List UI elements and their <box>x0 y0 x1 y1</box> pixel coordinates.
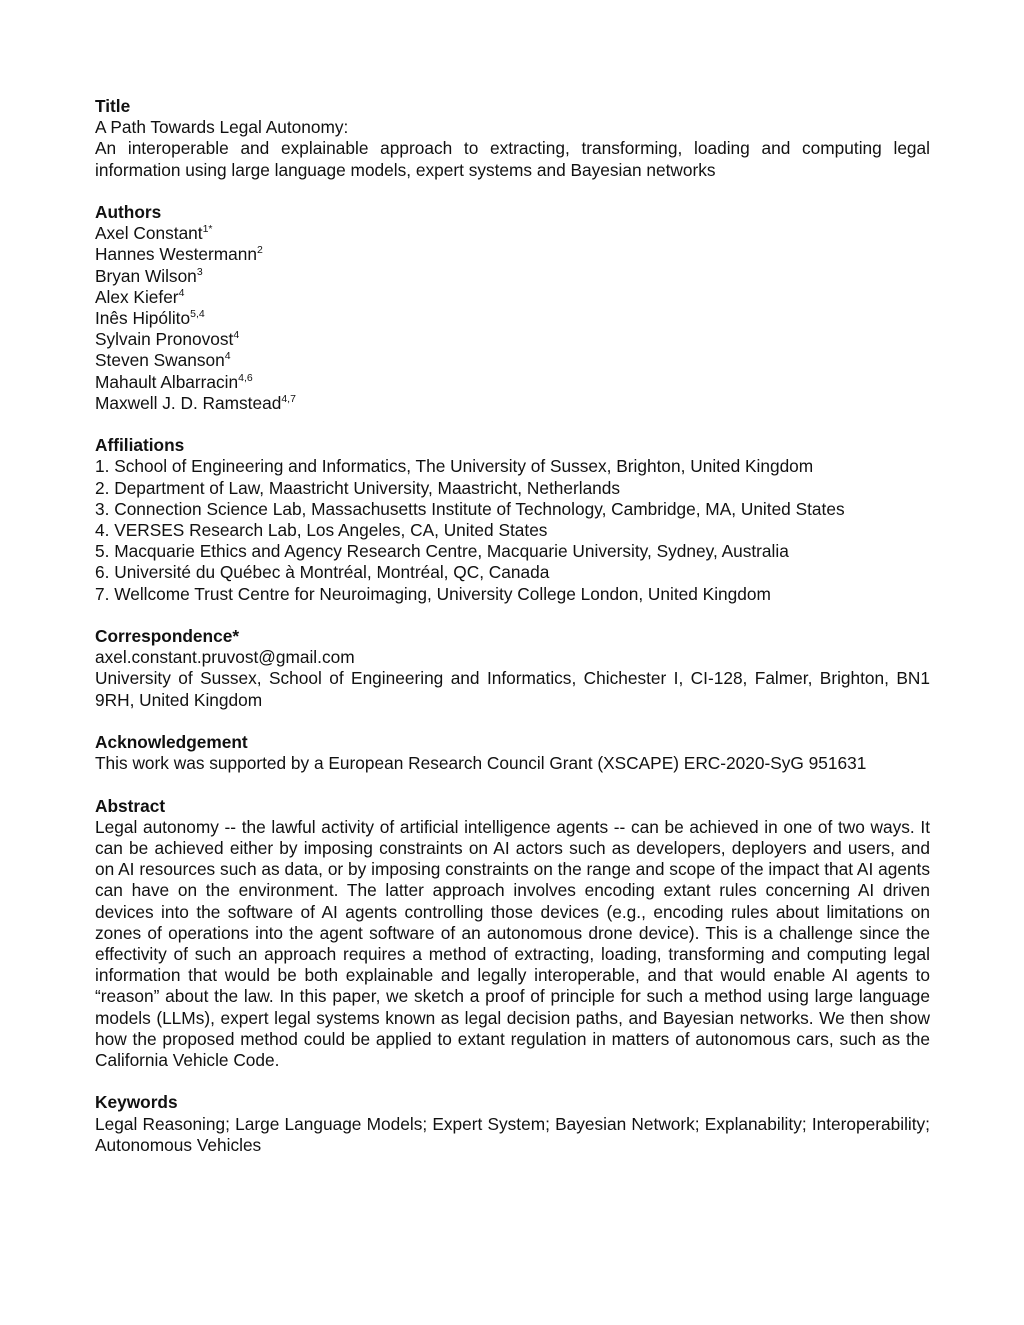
author-item: Mahault Albarracin4,6 <box>95 372 930 393</box>
author-affiliation-marker: 3 <box>197 266 203 278</box>
author-name: Inês Hipólito <box>95 308 190 328</box>
authors-list: Axel Constant1*Hannes Westermann2Bryan W… <box>95 223 930 414</box>
title-heading: Title <box>95 96 930 117</box>
author-name: Alex Kiefer <box>95 287 179 307</box>
author-item: Steven Swanson4 <box>95 350 930 371</box>
author-item: Inês Hipólito5,4 <box>95 308 930 329</box>
author-name: Axel Constant <box>95 223 203 243</box>
affiliation-item: 4. VERSES Research Lab, Los Angeles, CA,… <box>95 520 930 541</box>
correspondence-heading: Correspondence* <box>95 626 930 647</box>
affiliations-section: Affiliations 1. School of Engineering an… <box>95 435 930 605</box>
affiliations-heading: Affiliations <box>95 435 930 456</box>
author-affiliation-marker: 2 <box>257 244 263 256</box>
paper-title-page: Title A Path Towards Legal Autonomy: An … <box>95 96 930 1177</box>
author-name: Bryan Wilson <box>95 266 197 286</box>
author-item: Alex Kiefer4 <box>95 287 930 308</box>
affiliation-item: 5. Macquarie Ethics and Agency Research … <box>95 541 930 562</box>
correspondence-email[interactable]: axel.constant.pruvost@gmail.com <box>95 647 930 668</box>
abstract-heading: Abstract <box>95 796 930 817</box>
author-name: Steven Swanson <box>95 350 225 370</box>
author-name: Sylvain Pronovost <box>95 329 233 349</box>
affiliation-item: 7. Wellcome Trust Centre for Neuroimagin… <box>95 584 930 605</box>
author-affiliation-marker: 4 <box>225 350 231 362</box>
affiliation-item: 3. Connection Science Lab, Massachusetts… <box>95 499 930 520</box>
title-section: Title A Path Towards Legal Autonomy: An … <box>95 96 930 181</box>
author-item: Axel Constant1* <box>95 223 930 244</box>
authors-heading: Authors <box>95 202 930 223</box>
keywords-heading: Keywords <box>95 1092 930 1113</box>
acknowledgement-heading: Acknowledgement <box>95 732 930 753</box>
author-affiliation-marker: 4 <box>179 287 185 299</box>
paper-title: A Path Towards Legal Autonomy: <box>95 117 930 138</box>
author-item: Maxwell J. D. Ramstead4,7 <box>95 393 930 414</box>
affiliation-item: 6. Université du Québec à Montréal, Mont… <box>95 562 930 583</box>
keywords-section: Keywords Legal Reasoning; Large Language… <box>95 1092 930 1156</box>
paper-subtitle: An interoperable and explainable approac… <box>95 138 930 180</box>
acknowledgement-section: Acknowledgement This work was supported … <box>95 732 930 774</box>
author-affiliation-marker: 4,7 <box>281 393 296 405</box>
authors-section: Authors Axel Constant1*Hannes Westermann… <box>95 202 930 414</box>
author-item: Hannes Westermann2 <box>95 244 930 265</box>
affiliation-item: 1. School of Engineering and Informatics… <box>95 456 930 477</box>
acknowledgement-text: This work was supported by a European Re… <box>95 753 930 774</box>
affiliation-item: 2. Department of Law, Maastricht Univers… <box>95 478 930 499</box>
author-name: Hannes Westermann <box>95 244 257 264</box>
author-affiliation-marker: 4 <box>233 329 239 341</box>
abstract-section: Abstract Legal autonomy -- the lawful ac… <box>95 796 930 1072</box>
keywords-text: Legal Reasoning; Large Language Models; … <box>95 1114 930 1156</box>
affiliations-list: 1. School of Engineering and Informatics… <box>95 456 930 604</box>
author-affiliation-marker: 1* <box>203 223 213 235</box>
author-affiliation-marker: 4,6 <box>238 372 253 384</box>
author-name: Mahault Albarracin <box>95 372 238 392</box>
author-affiliation-marker: 5,4 <box>190 308 205 320</box>
author-item: Bryan Wilson3 <box>95 266 930 287</box>
correspondence-address: University of Sussex, School of Engineer… <box>95 668 930 710</box>
correspondence-section: Correspondence* axel.constant.pruvost@gm… <box>95 626 930 711</box>
abstract-text: Legal autonomy -- the lawful activity of… <box>95 817 930 1071</box>
author-name: Maxwell J. D. Ramstead <box>95 393 281 413</box>
author-item: Sylvain Pronovost4 <box>95 329 930 350</box>
